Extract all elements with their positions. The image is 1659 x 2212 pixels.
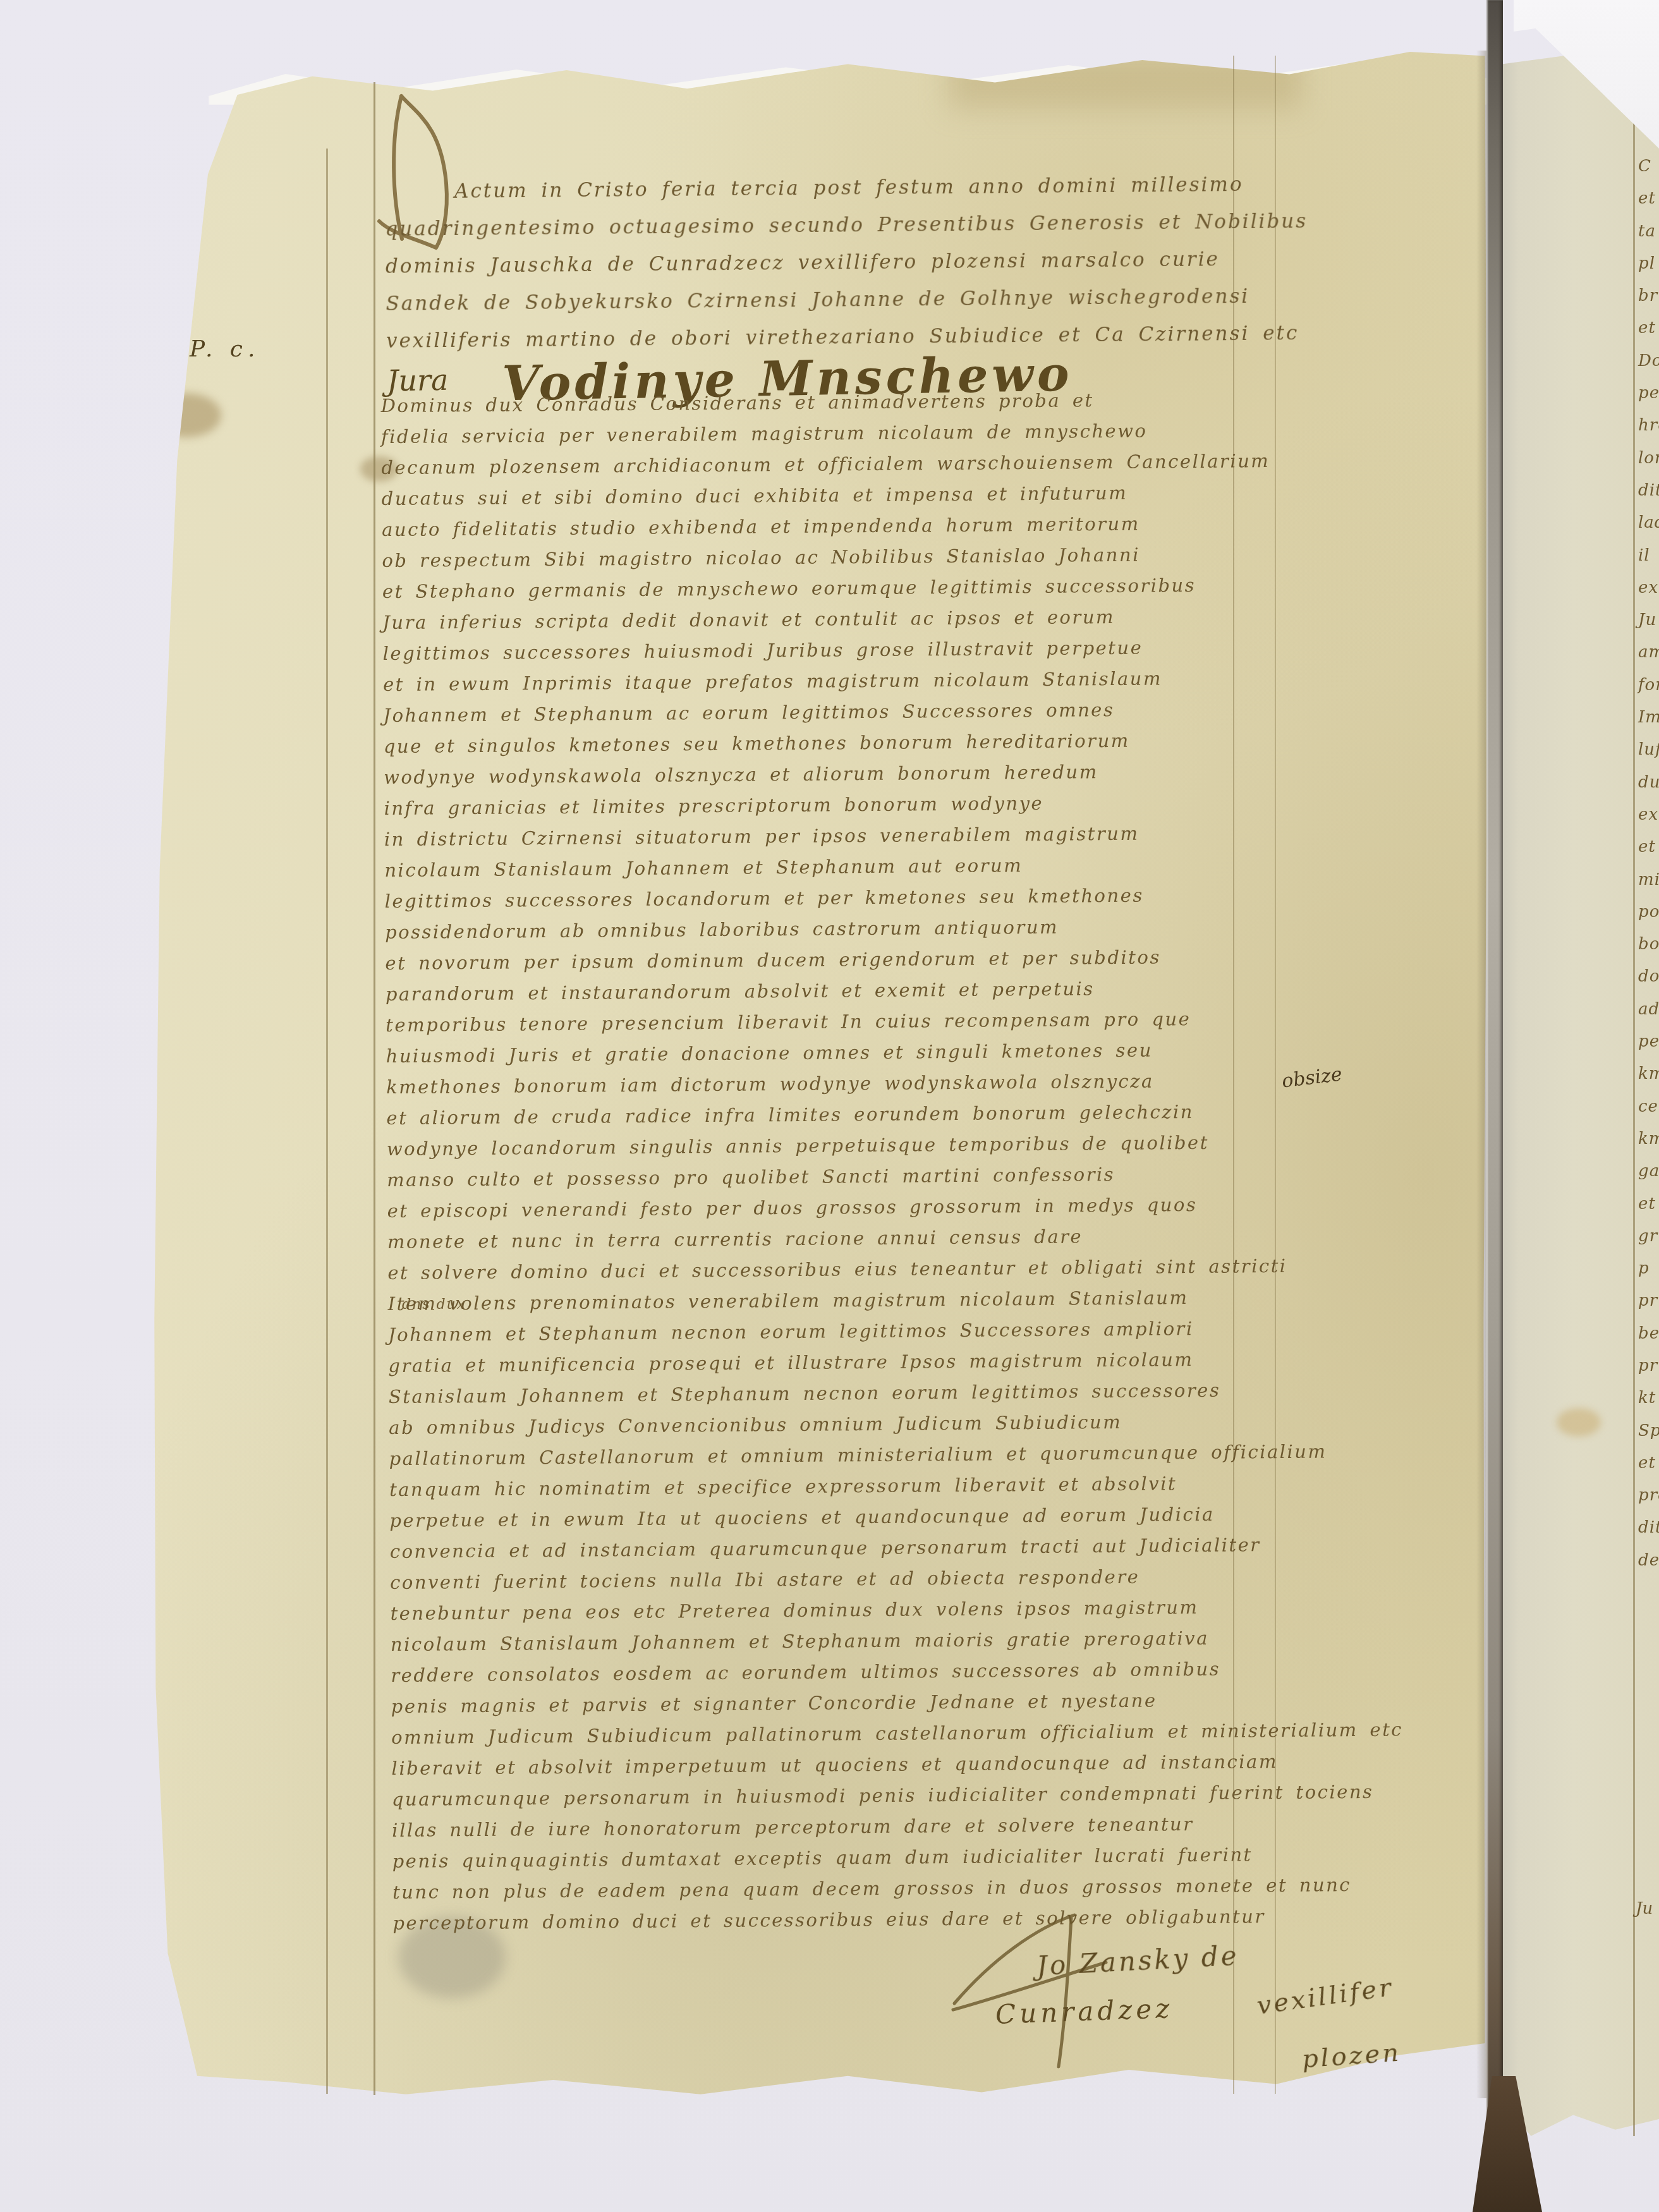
facing-line-fragment: po (1638, 896, 1659, 928)
facing-line-fragment: lad (1638, 507, 1659, 539)
facing-line-fragment: br (1638, 280, 1659, 312)
facing-line-fragment: kt (1638, 1382, 1659, 1414)
facing-line-fragment: il (1638, 540, 1659, 572)
facing-line-fragment: et (1638, 1447, 1659, 1480)
facing-page-rule (1633, 57, 1635, 2136)
facing-line-fragment: gr (1638, 1220, 1659, 1253)
folio-margin-note: P. c. (190, 336, 260, 362)
signature-name-line2: Cunradzez (995, 1993, 1174, 2030)
facing-line-fragment: pe (1638, 1026, 1659, 1058)
interlinear-note: dns dux (402, 1297, 466, 1313)
margin-rule-left-inner (374, 82, 375, 2095)
facing-bottom-fragment: Ju (1636, 1899, 1653, 1918)
facing-line-fragment: du (1638, 767, 1659, 799)
facing-line-fragment: luf (1638, 734, 1659, 766)
facing-page-sliver (1503, 43, 1659, 2144)
facing-line-fragment: mi (1638, 864, 1659, 896)
facing-line-fragment: ta (1638, 216, 1659, 248)
facing-line-fragment: ex (1638, 799, 1659, 831)
facing-line-fragment: km (1638, 1123, 1659, 1155)
facing-line-fragment: cel (1638, 1091, 1659, 1123)
facing-line-fragment: pr (1638, 1350, 1659, 1382)
facing-line-fragment: pl (1638, 248, 1659, 280)
facing-line-fragment: ad (1638, 994, 1659, 1026)
facing-line-fragment: hre (1638, 410, 1659, 442)
facing-line-fragment: am (1638, 636, 1659, 669)
facing-line-fragment: Im (1638, 702, 1659, 734)
header-lines: Actum in Cristo feria tercia post festum… (385, 165, 1373, 360)
manuscript-photograph: { "document": { "margin_note": "P. c.", … (0, 0, 1659, 2212)
facing-line-fragment: et (1638, 1188, 1659, 1220)
glass-retaining-rod (1486, 0, 1503, 2212)
margin-rule-left-outer (326, 149, 328, 2094)
facing-line-fragment: dit (1638, 1512, 1659, 1544)
parchment-stain (152, 393, 221, 437)
facing-line-fragment: den (1638, 1545, 1659, 1577)
facing-line-fragment: do (1638, 961, 1659, 993)
facing-line-fragment: et (1638, 183, 1659, 215)
facing-line-fragment: dit (1638, 475, 1659, 507)
facing-line-fragment: Ju (1638, 604, 1659, 636)
facing-line-fragment: p (1638, 1253, 1659, 1285)
facing-line-fragment: pr (1638, 1285, 1659, 1317)
facing-line-fragment: C (1638, 150, 1659, 183)
facing-line-fragment: et (1638, 312, 1659, 344)
facing-line-fragment: km (1638, 1058, 1659, 1090)
facing-line-fragment: ga (1638, 1155, 1659, 1188)
facing-line-fragment: for (1638, 669, 1659, 702)
facing-line-fragment: pro (1638, 1480, 1659, 1512)
facing-line-fragment: Dom (1638, 345, 1659, 377)
facing-line-fragment: pet (1638, 377, 1659, 410)
facing-line-fragment: bo (1638, 928, 1659, 961)
parchment-stain (1557, 1408, 1601, 1437)
signature-title-line2: plozen (1301, 2038, 1402, 2074)
facing-line-fragment: be (1638, 1318, 1659, 1350)
facing-line-fragment: Spi (1638, 1415, 1659, 1447)
facing-page-line-fragments: CettaplbretDompethrelonditladilexJuamfor… (1638, 150, 1659, 1577)
facing-line-fragment: et (1638, 831, 1659, 863)
facing-line-fragment: lon (1638, 442, 1659, 475)
charter-body: Dominus dux Conradus Considerans et anim… (380, 383, 1369, 1939)
facing-line-fragment: ex (1638, 572, 1659, 604)
